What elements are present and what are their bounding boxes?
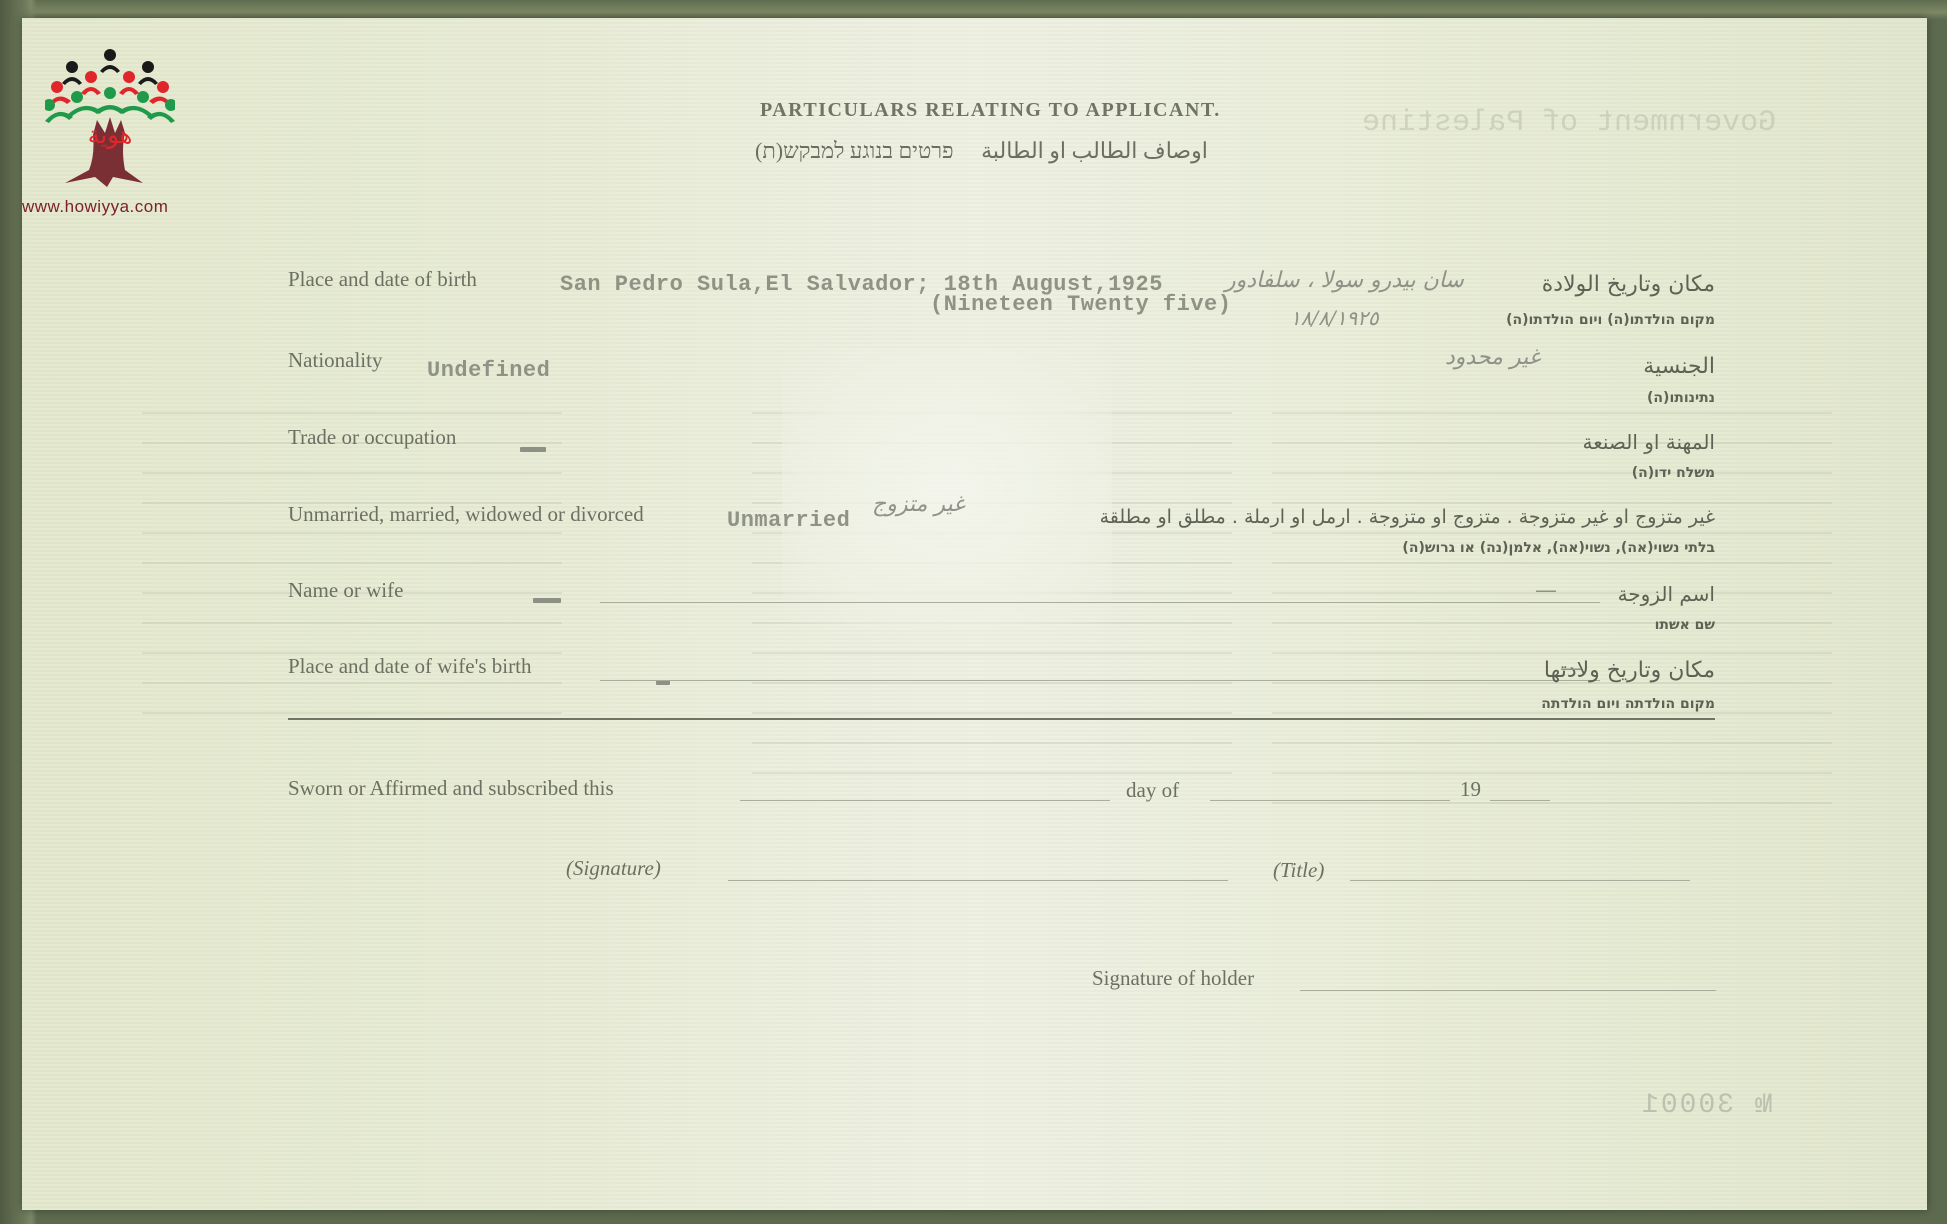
title-arabic: اوصاف الطالب او الطالبة <box>981 138 1208 163</box>
wife-birth-label: Place and date of wife's birth <box>288 654 531 679</box>
section-divider <box>288 718 1715 720</box>
nationality-label-hebrew: נתינותו(ה) <box>1647 390 1715 406</box>
wife-name-label: Name or wife <box>288 578 403 603</box>
sworn-year-line <box>1490 800 1550 801</box>
title-label: (Title) <box>1273 858 1324 883</box>
title-hebrew: פרטים בנוגע למבקש(ת) <box>755 138 954 163</box>
occupation-label-arabic: المهنة او الصنعة <box>1582 430 1715 454</box>
wife-name-empty-dash <box>533 598 561 603</box>
wife-name-label-hebrew: שם אשתו <box>1655 617 1715 633</box>
birth-handwritten-date: ١٨/٨/١٩٢٥ <box>1290 306 1379 330</box>
nationality-handwritten: غير محدود <box>1445 345 1540 370</box>
marital-status-label: Unmarried, married, widowed or divorced <box>288 502 644 527</box>
bleed-through-heading: Government of Palestine <box>1362 106 1776 140</box>
sworn-label: Sworn or Affirmed and subscribed this <box>288 776 614 801</box>
document-number-stamp: № 30001 <box>1640 1090 1772 1121</box>
marital-status-label-hebrew: בלתי נשוי(אה), נשוי(אה), אלמן(נה) או גרו… <box>1402 540 1715 556</box>
occupation-label-hebrew: משלח ידו(ה) <box>1632 465 1715 481</box>
wife-birth-label-hebrew: מקום הולדתה ויום הולדתה <box>1541 696 1715 712</box>
wife-birth-line <box>600 680 1600 681</box>
birth-handwritten-place: سان بيدرو سولا ، سلفادور <box>1225 268 1464 293</box>
nationality-label-arabic: الجنسية <box>1643 354 1715 379</box>
nationality-label: Nationality <box>288 348 382 373</box>
nationality-typed-value: Undefined <box>427 358 550 383</box>
marital-status-handwritten: غير متزوج <box>872 492 965 517</box>
howiyya-logo-icon: هوية <box>45 25 175 190</box>
birth-label: Place and date of birth <box>288 267 477 292</box>
document-page: Government of Palestine <box>22 18 1927 1210</box>
birth-label-hebrew: מקום הולדתו(ה) ויום הולדתו(ה) <box>1506 312 1715 328</box>
document-title: PARTICULARS RELATING TO APPLICANT. <box>760 99 1221 122</box>
sworn-month-line <box>1210 800 1450 801</box>
svg-text:هوية: هوية <box>88 121 133 149</box>
birth-typed-value-words: (Nineteen Twenty five) <box>930 292 1231 317</box>
day-of-label: day of <box>1126 778 1179 803</box>
holder-signature-line <box>1300 990 1716 991</box>
document-title-translations: اوصاف الطالب او الطالبة פרטים בנוגע למבק… <box>755 138 1208 164</box>
photo-area <box>782 348 1112 628</box>
sworn-day-line <box>740 800 1110 801</box>
holder-signature-label: Signature of holder <box>1092 966 1254 991</box>
signature-label: (Signature) <box>566 856 661 881</box>
signature-line <box>728 880 1228 881</box>
occupation-label: Trade or occupation <box>288 425 456 450</box>
marital-status-typed-value: Unmarried <box>727 508 850 533</box>
wife-name-line <box>600 602 1600 603</box>
year-prefix: 19 <box>1460 777 1481 802</box>
birth-label-arabic: مكان وتاريخ الولادة <box>1542 272 1715 297</box>
marital-status-label-arabic: غير متزوج او غير متزوجة . متزوج او متزوج… <box>1100 506 1715 528</box>
title-line <box>1350 880 1690 881</box>
bleed-through-right <box>1272 398 1832 818</box>
wife-name-label-arabic: اسم الزوجة <box>1618 582 1715 606</box>
site-url-link[interactable]: www.howiyya.com <box>22 197 168 217</box>
wife-birth-handwritten-dash: — <box>1560 656 1582 681</box>
wife-name-handwritten-dash: — <box>1535 578 1557 603</box>
occupation-empty-dash <box>520 447 546 452</box>
